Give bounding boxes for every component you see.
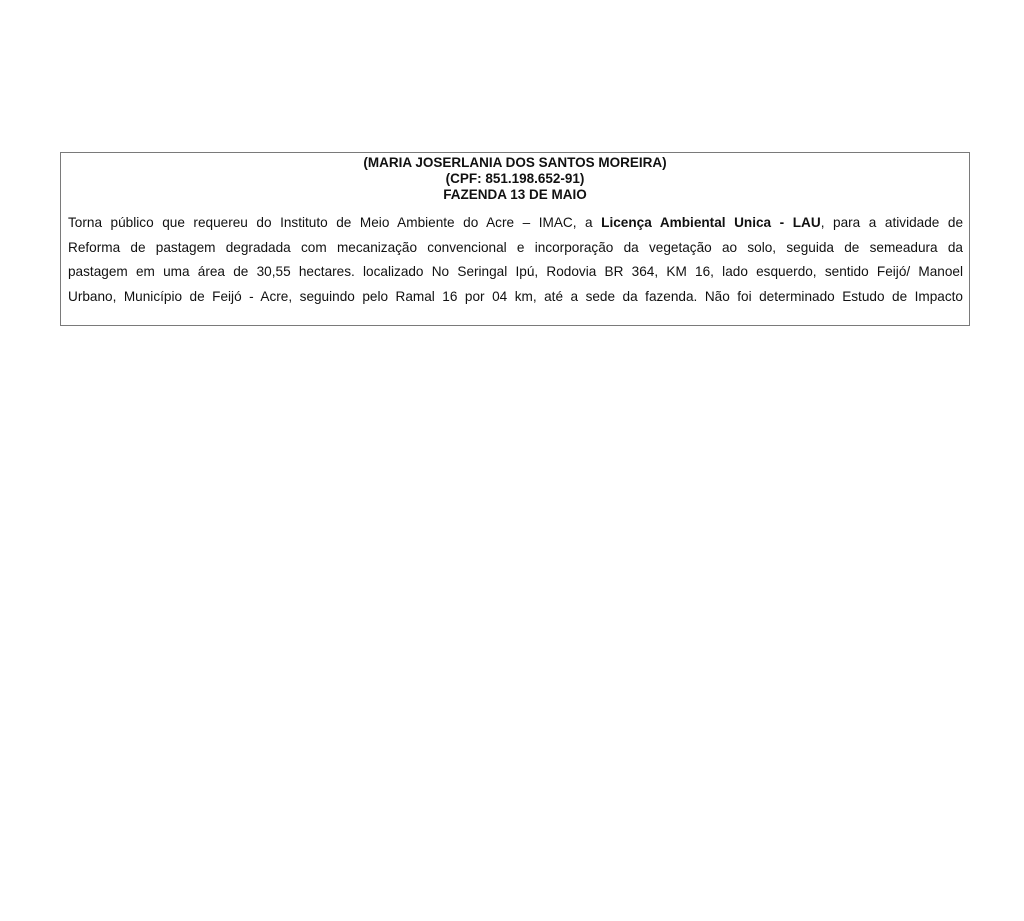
notice-line-3: pastagem em uma área de 30,55 hectares. …: [68, 260, 963, 285]
notice-body: Torna público que requereu do Instituto …: [61, 211, 969, 309]
public-notice-box: (MARIA JOSERLANIA DOS SANTOS MOREIRA) (C…: [60, 152, 970, 326]
applicant-cpf: (CPF: 851.198.652-91): [61, 171, 969, 187]
notice-line-1-start: Torna público que requereu do Instituto …: [68, 215, 601, 230]
license-type: Licença Ambiental Unica - LAU: [601, 215, 821, 230]
farm-name: FAZENDA 13 DE MAIO: [61, 187, 969, 203]
notice-header: (MARIA JOSERLANIA DOS SANTOS MOREIRA) (C…: [61, 153, 969, 203]
notice-line-4: Urbano, Município de Feijó - Acre, segui…: [68, 285, 963, 310]
notice-line-1-end: , para a atividade de: [821, 215, 963, 230]
notice-line-2: Reforma de pastagem degradada com mecani…: [68, 236, 963, 261]
applicant-name: (MARIA JOSERLANIA DOS SANTOS MOREIRA): [61, 155, 969, 171]
notice-line-1: Torna público que requereu do Instituto …: [68, 211, 963, 236]
